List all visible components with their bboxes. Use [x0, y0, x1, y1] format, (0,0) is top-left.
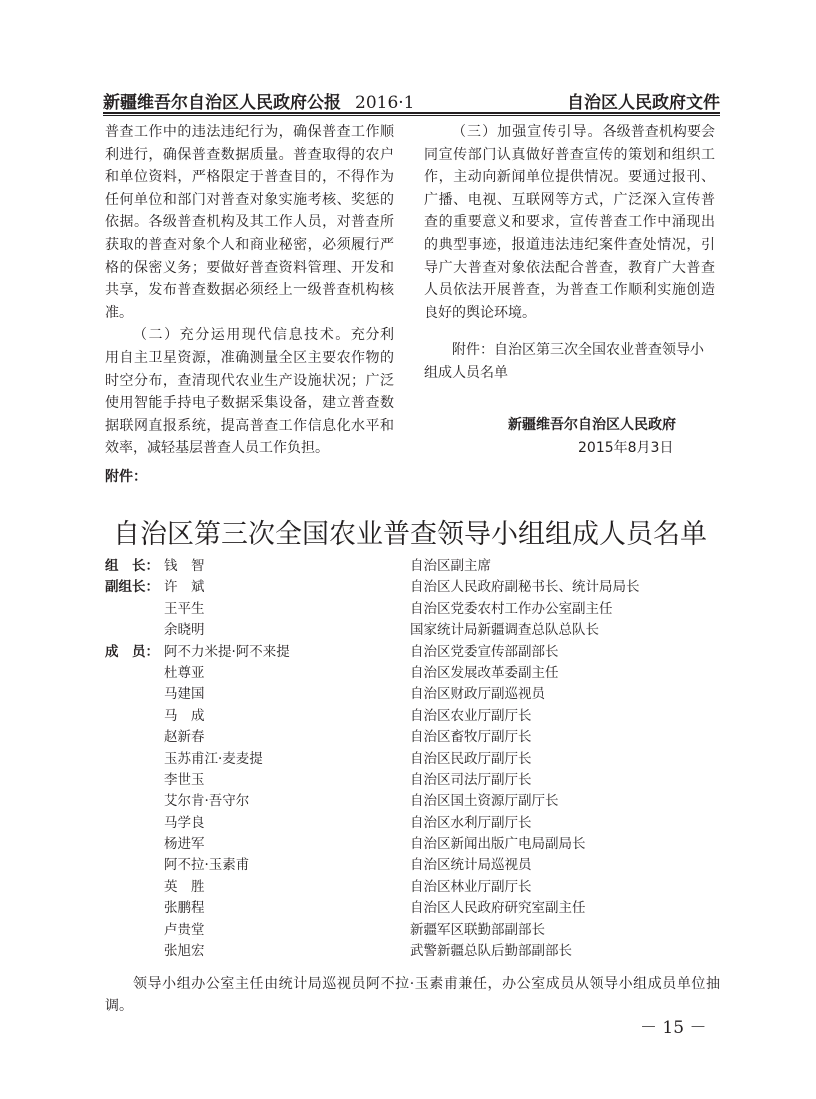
roster-name: 钱 智	[164, 556, 205, 577]
roster-name: 许 斌	[164, 577, 205, 598]
roster-name: 张旭宏	[164, 941, 205, 962]
publication-title: 新疆维吾尔自治区人民政府公报2016·1	[103, 88, 414, 113]
paragraph-technology: （二）充分运用现代信息技术。充分利用自主卫星资源，准确测量全区主要农作物的时空分…	[105, 324, 394, 460]
roster-row: 杜尊亚自治区发展改革委副主任	[105, 663, 725, 684]
roster-name: 英 胜	[164, 877, 205, 898]
roster-role: 副组长：	[105, 577, 163, 598]
body-column-left: 普查工作中的违法违纪行为，确保普查工作顺利进行，确保普查数据质量。普查取得的农户…	[105, 121, 394, 460]
roster-row: 英 胜自治区林业厅副厅长	[105, 877, 725, 898]
roster-name: 卢贵堂	[164, 920, 205, 941]
roster-name: 杨进军	[164, 834, 205, 855]
roster-name: 李世玉	[164, 770, 205, 791]
roster-row: 组 长：钱 智自治区副主席	[105, 556, 725, 577]
roster-position: 自治区畜牧厅副厅长	[410, 727, 532, 748]
roster-row: 王平生自治区党委农村工作办公室副主任	[105, 599, 725, 620]
roster-name: 艾尔肯·吾守尔	[164, 791, 249, 812]
roster-position: 武警新疆总队后勤部副部长	[410, 941, 572, 962]
roster-position: 自治区国土资源厅副厅长	[410, 791, 559, 812]
roster-position: 自治区人民政府研究室副主任	[410, 898, 586, 919]
roster-name: 马建国	[164, 684, 205, 705]
roster-row: 玉苏甫江·麦麦提自治区民政厅副厅长	[105, 749, 725, 770]
publication-name: 新疆维吾尔自治区人民政府公报	[103, 93, 341, 113]
section-heading-3: （三）加强宣传引导。	[452, 124, 603, 140]
roster-position: 自治区副主席	[410, 556, 491, 577]
roster-row: 副组长：许 斌自治区人民政府副秘书长、统计局局长	[105, 577, 725, 598]
header-rule-thick	[103, 112, 720, 114]
roster-name: 张鹏程	[164, 898, 205, 919]
roster-position: 自治区财政厅副巡视员	[410, 684, 545, 705]
issuer-signature: 新疆维吾尔自治区人民政府	[508, 414, 676, 434]
roster-position: 自治区发展改革委副主任	[410, 663, 559, 684]
paragraph-publicity: （三）加强宣传引导。各级普查机构要会同宣传部门认真做好普查宣传的策划和组织工作，…	[424, 121, 715, 324]
roster-role: 组 长：	[105, 556, 163, 577]
paragraph-enforcement: 普查工作中的违法违纪行为，确保普查工作顺利进行，确保普查数据质量。普查取得的农户…	[105, 121, 394, 324]
roster-row: 卢贵堂新疆军区联勤部副部长	[105, 920, 725, 941]
roster-list: 组 长：钱 智自治区副主席 副组长：许 斌自治区人民政府副秘书长、统计局局长 王…	[105, 556, 725, 962]
roster-position: 自治区新闻出版广电局副局长	[410, 834, 586, 855]
roster-row: 赵新春自治区畜牧厅副厅长	[105, 727, 725, 748]
roster-row: 马建国自治区财政厅副巡视员	[105, 684, 725, 705]
header-rule-thin	[103, 115, 720, 116]
roster-name: 余晓明	[164, 620, 205, 641]
body-column-right: （三）加强宣传引导。各级普查机构要会同宣传部门认真做好普查宣传的策划和组织工作，…	[424, 121, 715, 324]
paragraph-technology-body: 充分利用自主卫星资源，准确测量全区主要农作物的时空分布，查清现代农业生产设施状况…	[105, 327, 394, 456]
roster-role: 成 员：	[105, 642, 163, 663]
attachment-label: 附件：	[105, 466, 147, 486]
page-number: － 15 －	[640, 1013, 706, 1038]
roster-position: 自治区党委宣传部副部长	[410, 642, 559, 663]
roster-name: 阿不力米提·阿不来提	[164, 642, 290, 663]
running-header: 新疆维吾尔自治区人民政府公报2016·1 自治区人民政府文件	[103, 88, 720, 112]
roster-position: 自治区党委农村工作办公室副主任	[410, 599, 613, 620]
roster-row: 杨进军自治区新闻出版广电局副局长	[105, 834, 725, 855]
roster-row: 艾尔肯·吾守尔自治区国土资源厅副厅长	[105, 791, 725, 812]
roster-name: 赵新春	[164, 727, 205, 748]
signature-date: 2015年8月3日	[578, 437, 673, 457]
roster-row: 张鹏程自治区人民政府研究室副主任	[105, 898, 725, 919]
roster-position: 自治区水利厅副厅长	[410, 813, 532, 834]
roster-title: 自治区第三次全国农业普查领导小组组成人员名单	[100, 512, 720, 551]
roster-position: 自治区农业厅副厅长	[410, 706, 532, 727]
section-heading-2: （二）充分运用现代信息技术。	[133, 327, 351, 343]
roster-row: 马 成自治区农业厅副厅长	[105, 706, 725, 727]
roster-name: 杜尊亚	[164, 663, 205, 684]
roster-row: 马学良自治区水利厅副厅长	[105, 813, 725, 834]
closing-note: 领导小组办公室主任由统计局巡视员阿不拉·玉素甫兼任，办公室成员从领导小组成员单位…	[105, 973, 720, 1017]
roster-position: 新疆军区联勤部副部长	[410, 920, 545, 941]
paragraph-publicity-body: 各级普查机构要会同宣传部门认真做好普查宣传的策划和组织工作，主动向新闻单位提供情…	[424, 124, 715, 321]
roster-position: 国家统计局新疆调查总队总队长	[410, 620, 599, 641]
roster-position: 自治区人民政府副秘书长、统计局局长	[410, 577, 640, 598]
roster-row: 阿不拉·玉素甫自治区统计局巡视员	[105, 855, 725, 876]
roster-name: 马学良	[164, 813, 205, 834]
roster-name: 马 成	[164, 706, 205, 727]
roster-row: 张旭宏武警新疆总队后勤部副部长	[105, 941, 725, 962]
roster-name: 阿不拉·玉素甫	[164, 855, 249, 876]
roster-position: 自治区司法厅副厅长	[410, 770, 532, 791]
section-title: 自治区人民政府文件	[567, 88, 720, 113]
roster-row: 余晓明国家统计局新疆调查总队总队长	[105, 620, 725, 641]
roster-position: 自治区林业厅副厅长	[410, 877, 532, 898]
roster-position: 自治区民政厅副厅长	[410, 749, 532, 770]
roster-name: 王平生	[164, 599, 205, 620]
attachment-reference: 附件：自治区第三次全国农业普查领导小组成人员名单	[424, 339, 715, 384]
roster-position: 自治区统计局巡视员	[410, 855, 532, 876]
roster-row: 李世玉自治区司法厅副厅长	[105, 770, 725, 791]
roster-name: 玉苏甫江·麦麦提	[164, 749, 263, 770]
roster-row: 成 员：阿不力米提·阿不来提自治区党委宣传部副部长	[105, 642, 725, 663]
issue-number: 2016·1	[355, 93, 414, 113]
